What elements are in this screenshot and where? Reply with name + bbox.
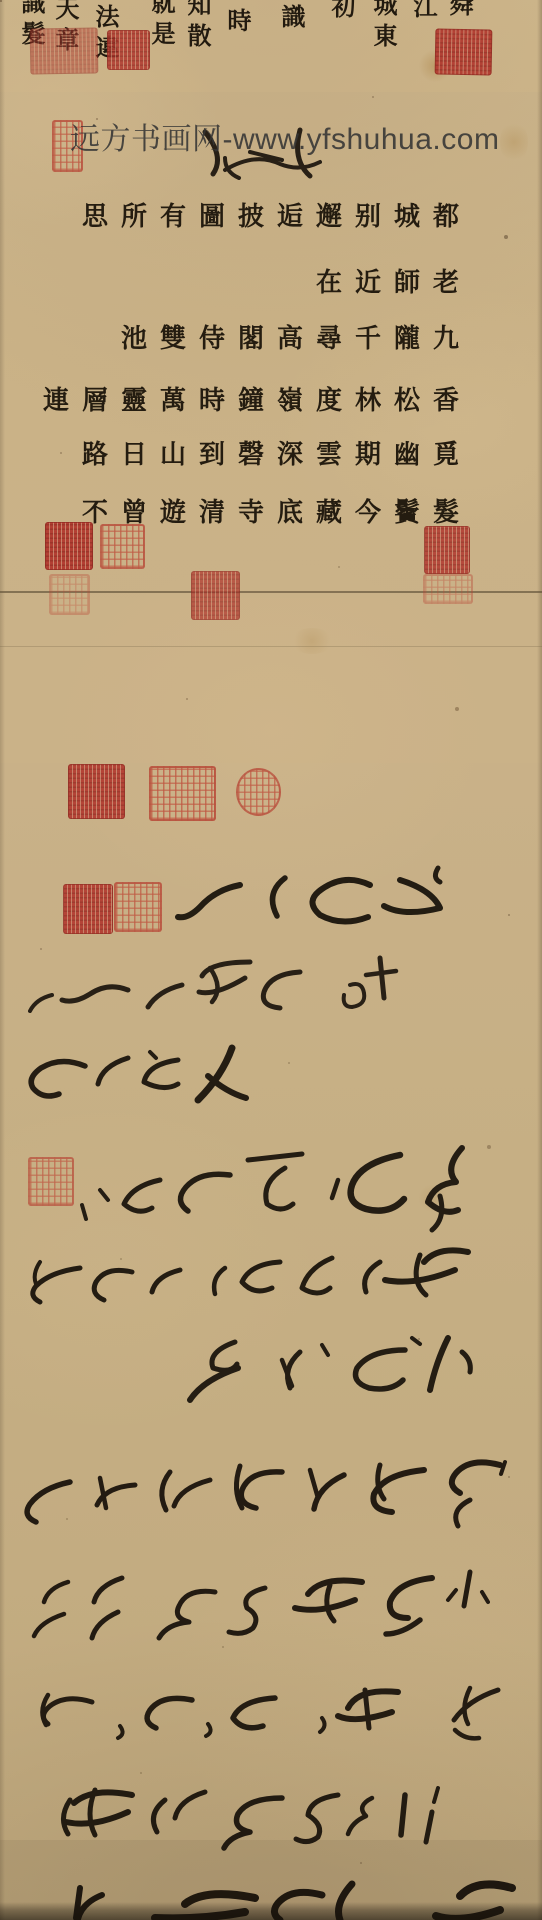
seal-top-right — [435, 29, 493, 76]
cursive-line-2 — [30, 958, 396, 1011]
seal-above-cursive-dark — [63, 884, 113, 934]
cursive-line-7 — [27, 1462, 505, 1526]
top-fragment-column: 識 — [276, 4, 306, 35]
faint-crease — [0, 646, 542, 647]
top-fragment-column: 初 — [326, 0, 356, 25]
calligraphy-scroll-photo: 舜 江 城東 初 識 時 知散 就是 法違 天章 識髮 远方书画网-www.yf… — [0, 0, 542, 1920]
top-fragment-column: 江 — [408, 0, 438, 25]
seal-top-left-wide — [30, 27, 99, 74]
seal-left-margin — [28, 1157, 74, 1206]
cursive-line-8 — [34, 1572, 488, 1638]
seal-row-round — [236, 768, 281, 816]
seal-top-left-small — [107, 30, 150, 70]
kaishu-row: 連層靈萬時鐘嶺度林松香 — [43, 380, 472, 417]
top-fragment-column: 舜 — [444, 0, 474, 23]
tone-band-mid — [0, 598, 542, 763]
seal-row-square-dense — [68, 764, 125, 819]
cursive-line-6 — [190, 1338, 470, 1400]
watermark-text: 远方书画网-www.yfshuhua.com — [70, 114, 499, 158]
cursive-line-3 — [31, 1048, 246, 1100]
seal-seam-left-fragment — [49, 574, 90, 615]
cursive-line-11 — [76, 1884, 512, 1920]
cursive-line-1 — [178, 868, 440, 922]
left-edge-shade — [0, 0, 5, 1920]
cursive-line-9 — [42, 1688, 498, 1738]
seal-seam-center — [191, 571, 240, 620]
cursive-line-10 — [63, 1788, 438, 1848]
seal-mid-right-fragment — [423, 574, 473, 604]
bottom-edge-shadow — [0, 1902, 542, 1920]
kaishu-row: 路日山到磬深雲期幽覓 — [82, 434, 472, 471]
seal-above-cursive-light — [114, 882, 162, 932]
paper-stain — [500, 120, 528, 164]
paper-stain — [290, 628, 334, 654]
paper-speckles — [0, 0, 2, 2]
seal-mid-right — [424, 526, 470, 574]
kaishu-row: 池雙侍閣高尋千隴九 — [121, 318, 472, 355]
kaishu-row: 思所有圖披逅邂别城都 — [82, 196, 472, 233]
seal-mid-left-dark — [45, 522, 93, 570]
right-edge-shade — [537, 0, 542, 1920]
seal-row-square-open — [149, 766, 216, 821]
cursive-line-4 — [82, 1148, 462, 1230]
cursive-line-5 — [33, 1250, 468, 1302]
kaishu-row: 在近師老 — [316, 262, 472, 299]
tone-band-bottom — [0, 1840, 542, 1920]
top-fragment-column: 知散 — [182, 0, 212, 54]
seal-mid-left-light — [100, 524, 145, 569]
top-fragment-column: 就是 — [146, 0, 176, 52]
top-fragment-column: 城東 — [368, 0, 398, 54]
top-fragment-column: 時 — [222, 8, 252, 39]
paper-stain — [418, 1184, 446, 1212]
